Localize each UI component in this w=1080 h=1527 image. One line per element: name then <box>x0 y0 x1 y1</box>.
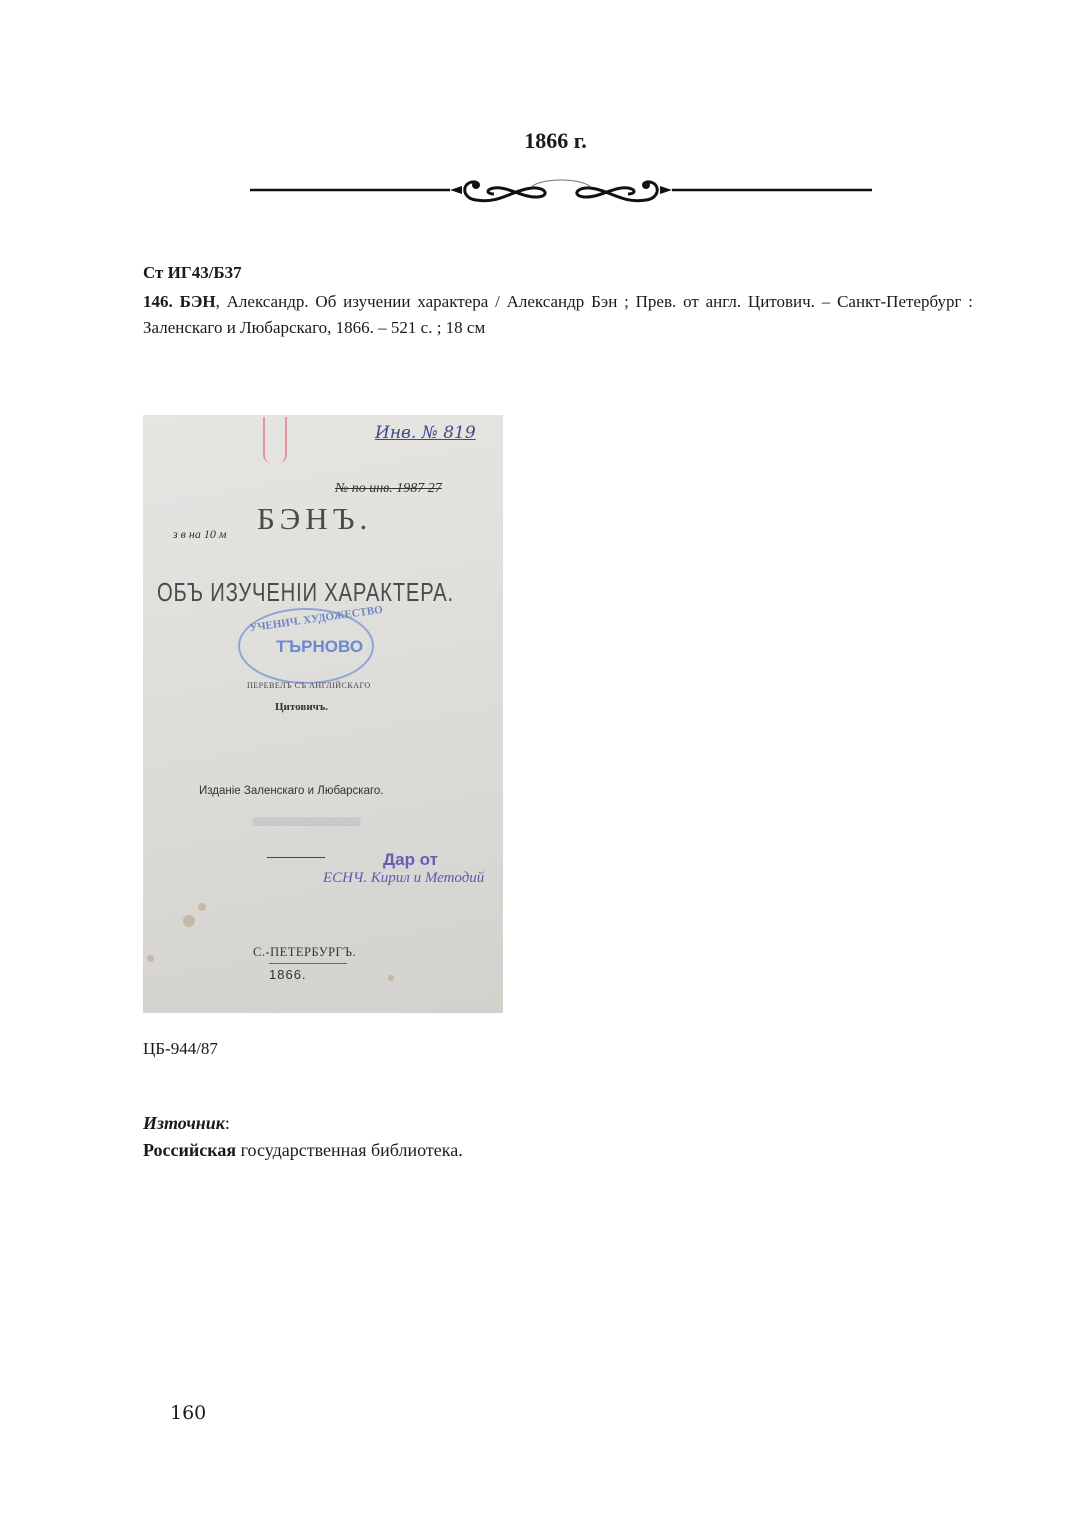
translator: Цитовичъ. <box>275 701 328 713</box>
stamp-city: ТЪРНОВО <box>276 637 363 657</box>
handwritten-note: з в на 10 м <box>173 527 227 542</box>
year-heading: 1866 г. <box>0 128 1080 154</box>
entry-number-author: 146. БЭН <box>143 292 216 311</box>
gift-handwritten: ЕСНЧ. Кирил и Методий <box>323 870 484 887</box>
inventory-number-crossed: № по инв. 1987 27 <box>335 481 442 497</box>
inventory-number: Инв. № 819 <box>375 423 476 443</box>
bibliographic-entry: 146. БЭН, Александр. Об изучении характе… <box>143 289 973 341</box>
source-value: Российская государственная библиотека. <box>143 1140 463 1161</box>
publisher: Изданіе Заленскаго и Любарскаго. <box>199 785 384 797</box>
imprint-city: С.-ПЕТЕРБУРГЪ. <box>253 945 356 960</box>
call-number: ЦБ-944/87 <box>143 1039 218 1059</box>
book-title-page-photo: Инв. № 819 № по инв. 1987 27 з в на 10 м… <box>143 415 503 1013</box>
flourish-divider-icon <box>250 172 872 208</box>
shelfmark: Ст ИГ43/Б37 <box>143 263 242 283</box>
book-author: БЭНЪ. <box>257 501 372 537</box>
red-pencil-mark <box>263 417 287 463</box>
entry-description: , Александр. Об изучении характера / Але… <box>143 292 973 337</box>
faded-stamp: ▒▒▒▒▒▒▒▒▒▒▒▒▒▒▒▒▒▒▒ <box>253 817 361 826</box>
gift-stamp: Дар от <box>383 850 438 870</box>
source-label: Източник: <box>143 1113 230 1134</box>
title-rule <box>267 857 325 858</box>
imprint-rule <box>269 963 347 964</box>
book-title: ОБЪ ИЗУЧЕНІИ ХАРАКТЕРА. <box>157 577 454 608</box>
imprint-year: 1866. <box>269 967 307 982</box>
page-number: 160 <box>170 1402 206 1424</box>
translated-from: ПЕРЕВЕЛЪ СЪ АНГЛІЙСКАГО <box>247 681 371 690</box>
